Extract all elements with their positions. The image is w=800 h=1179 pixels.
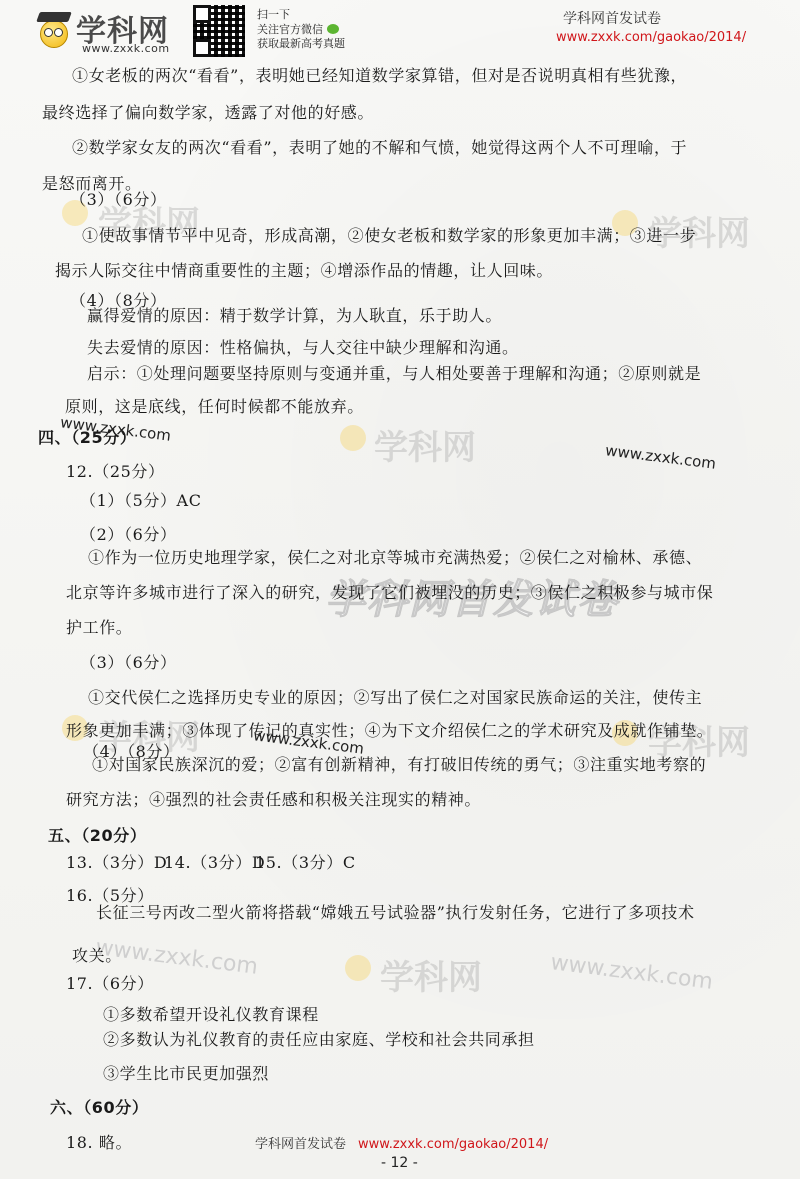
section-heading: 四、（25分） [38,425,136,448]
answer-line: 14.（3分）D [164,850,265,873]
section-heading: 六、（60分） [50,1095,148,1118]
answer-line: 13.（3分）D [66,850,167,873]
mascot-icon [36,10,72,50]
answer-line: ②数学家女友的两次“看看”，表明了她的不解和气愤，她觉得这两个人不可理喻，于 [72,135,687,158]
page-number: - 12 - [381,1155,418,1171]
answer-line: ①作为一位历史地理学家，侯仁之对北京等城市充满热爱；②侯仁之对榆林、承德、 [88,545,702,568]
watermark-mascot-icon [345,955,371,981]
answer-line: ①使故事情节平中见奇，形成高潮，②使女老板和数学家的形象更加丰满；③进一步 [82,223,696,246]
page-header: 学科网 www.zxxk.com 扫一下 关注官方微信 获取最新高考真题 学科网… [0,0,800,58]
qr-code-icon [193,5,245,57]
answer-line: 北京等许多城市进行了深入的研究，发现了它们被埋没的历史；③侯仁之积极参与城市保 [66,580,713,603]
answer-line: （3）（6分） [80,650,177,673]
logo-url: www.zxxk.com [82,42,170,55]
answer-line: ①多数希望开设礼仪教育课程 [103,1002,319,1025]
header-url-link[interactable]: www.zxxk.com/gaokao/2014/ [556,30,746,45]
answer-line: 失去爱情的原因：性格偏执，与人交往中缺少理解和沟通。 [87,335,519,358]
answer-line: 揭示人际交往中情商重要性的主题；④增添作品的情趣，让人回味。 [55,258,553,281]
answer-line: ①女老板的两次“看看”，表明她已经知道数学家算错，但对是否说明真相有些犹豫， [72,63,687,86]
answer-line: 攻关。 [72,943,122,966]
answer-line: 赢得爱情的原因：精于数学计算，为人耿直，乐于助人。 [87,303,502,326]
answer-line: （2）（6分） [80,522,177,545]
qr-line: 获取最新高考真题 [257,37,345,52]
answer-line: ①交代侯仁之选择历史专业的原因；②写出了侯仁之对国家民族命运的关注，使传主 [88,685,702,708]
qr-line: 关注官方微信 [257,23,345,38]
answer-line: （3）（6分） [70,187,167,210]
site-logo[interactable]: 学科网 www.zxxk.com [30,4,180,56]
answer-line: 最终选择了偏向数学家，透露了对他的好感。 [42,100,374,123]
footer-title: 学科网首发试卷 [255,1137,346,1152]
qr-caption: 扫一下 关注官方微信 获取最新高考真题 [257,8,345,52]
section-heading: 五、（20分） [48,823,146,846]
answer-line: 长征三号丙改二型火箭将搭载“嫦娥五号试验器”执行发射任务，它进行了多项技术 [96,900,695,923]
watermark-logo: 学科网 [380,950,482,999]
answer-line: ①对国家民族深沉的爱；②富有创新精神，有打破旧传统的勇气；③注重实地考察的 [92,752,706,775]
watermark-mascot-icon [340,425,366,451]
watermark-logo: 学科网 [374,420,476,469]
answer-line: 护工作。 [66,615,132,638]
header-right: 学科网首发试卷 www.zxxk.com/gaokao/2014/ [560,8,746,45]
answer-line: 12.（25分） [66,459,165,482]
answer-line: 形象更加丰满；③体现了传记的真实性；④为下文介绍侯仁之的学术研究及成就作铺垫。 [66,718,713,741]
footer-url-link[interactable]: www.zxxk.com/gaokao/2014/ [358,1137,548,1152]
answer-line: 17.（6分） [66,971,154,994]
answer-line: 启示：①处理问题要坚持原则与变通并重，与人相处要善于理解和沟通；②原则就是 [87,361,701,384]
answer-line: 研究方法；④强烈的社会责任感和积极关注现实的精神。 [66,787,481,810]
answer-line: ②多数认为礼仪教育的责任应由家庭、学校和社会共同承担 [103,1027,535,1050]
answer-line: 18. 略。 [66,1130,132,1153]
page-footer: 学科网首发试卷www.zxxk.com/gaokao/2014/ [255,1133,548,1152]
wechat-icon [327,24,339,34]
answer-line: 15.（3分）C [255,850,356,873]
header-title: 学科网首发试卷 [560,8,746,28]
answer-line: 原则，这是底线，任何时候都不能放弃。 [65,394,364,417]
answer-line: ③学生比市民更加强烈 [103,1061,269,1084]
qr-line: 扫一下 [257,8,345,23]
answer-line: （1）（5分）AC [80,488,202,511]
